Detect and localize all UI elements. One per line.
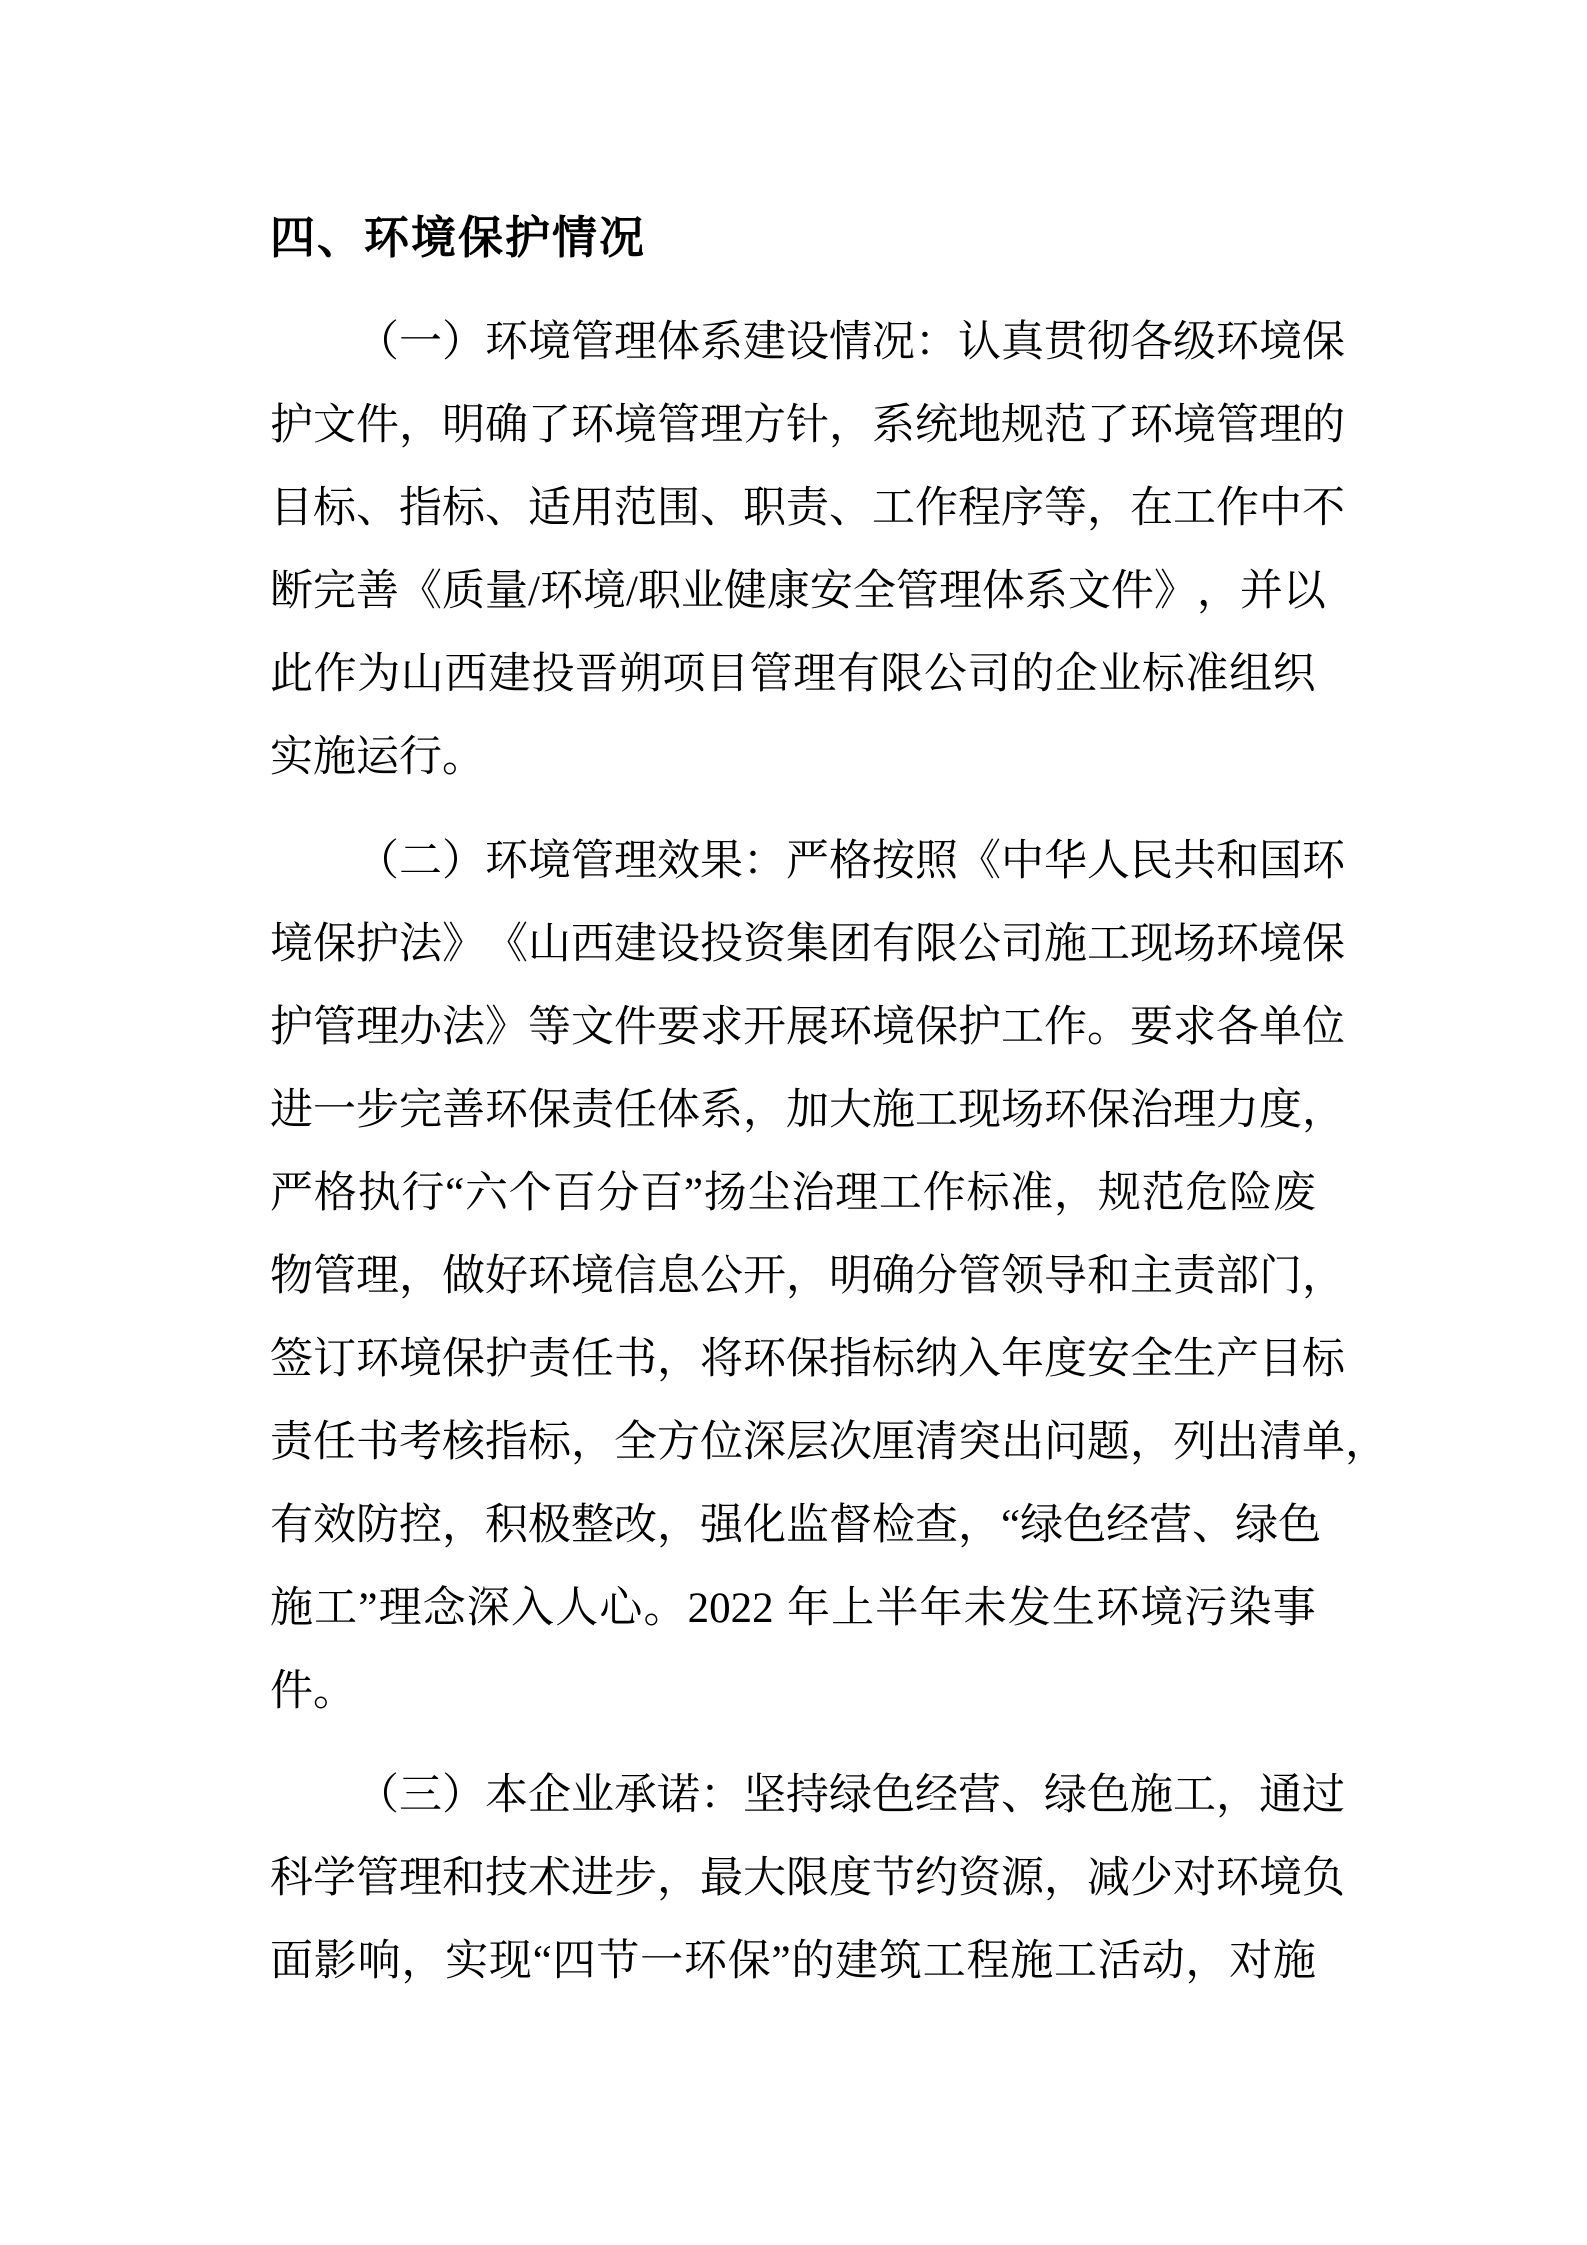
text-line: 实施运行。 <box>270 716 1316 799</box>
text-line: 此作为山西建投晋朔项目管理有限公司的企业标准组织 <box>270 633 1316 716</box>
text-line: 科学管理和技术进步，最大限度节约资源，减少对环境负 <box>270 1837 1316 1920</box>
text-line: 施工”理念深入人心。2022年上半年未发生环境污染事 <box>270 1567 1316 1650</box>
text-line: （二）环境管理效果：严格按照《中华人民共和国环 <box>270 820 1316 903</box>
text-line: （一）环境管理体系建设情况：认真贯彻各级环境保 <box>270 301 1316 384</box>
paragraph: （三）本企业承诺：坚持绿色经营、绿色施工，通过科学管理和技术进步，最大限度节约资… <box>270 1754 1316 2003</box>
text-line: 件。 <box>270 1650 1316 1733</box>
text-line: 护文件，明确了环境管理方针，系统地规范了环境管理的 <box>270 384 1316 467</box>
text-line: 严格执行“六个百分百”扬尘治理工作标准，规范危险废 <box>270 1152 1316 1235</box>
text-line: 进一步完善环保责任体系，加大施工现场环保治理力度， <box>270 1069 1316 1152</box>
text-line: （三）本企业承诺：坚持绿色经营、绿色施工，通过 <box>270 1754 1316 1837</box>
text-line: 目标、指标、适用范围、职责、工作程序等，在工作中不 <box>270 467 1316 550</box>
text-line: 断完善《质量/环境/职业健康安全管理体系文件》，并以 <box>270 550 1316 633</box>
text-line: 有效防控，积极整改，强化监督检查，“绿色经营、绿色 <box>270 1484 1316 1567</box>
document-page: 四、环境保护情况 （一）环境管理体系建设情况：认真贯彻各级环境保护文件，明确了环… <box>0 0 1587 2245</box>
section-heading: 四、环境保护情况 <box>270 209 1316 267</box>
paragraph: （二）环境管理效果：严格按照《中华人民共和国环境保护法》《山西建设投资集团有限公… <box>270 820 1316 1733</box>
paragraph: （一）环境管理体系建设情况：认真贯彻各级环境保护文件，明确了环境管理方针，系统地… <box>270 301 1316 799</box>
text-line: 责任书考核指标，全方位深层次厘清突出问题，列出清单， <box>270 1401 1316 1484</box>
text-line: 签订环境保护责任书，将环保指标纳入年度安全生产目标 <box>270 1318 1316 1401</box>
document-content: 四、环境保护情况 （一）环境管理体系建设情况：认真贯彻各级环境保护文件，明确了环… <box>270 209 1316 2024</box>
text-line: 护管理办法》等文件要求开展环境保护工作。要求各单位 <box>270 986 1316 1069</box>
document-body: （一）环境管理体系建设情况：认真贯彻各级环境保护文件，明确了环境管理方针，系统地… <box>270 301 1316 2003</box>
text-line: 面影响，实现“四节一环保”的建筑工程施工活动，对施 <box>270 1920 1316 2003</box>
text-line: 物管理，做好环境信息公开，明确分管领导和主责部门， <box>270 1235 1316 1318</box>
text-line: 境保护法》《山西建设投资集团有限公司施工现场环境保 <box>270 903 1316 986</box>
